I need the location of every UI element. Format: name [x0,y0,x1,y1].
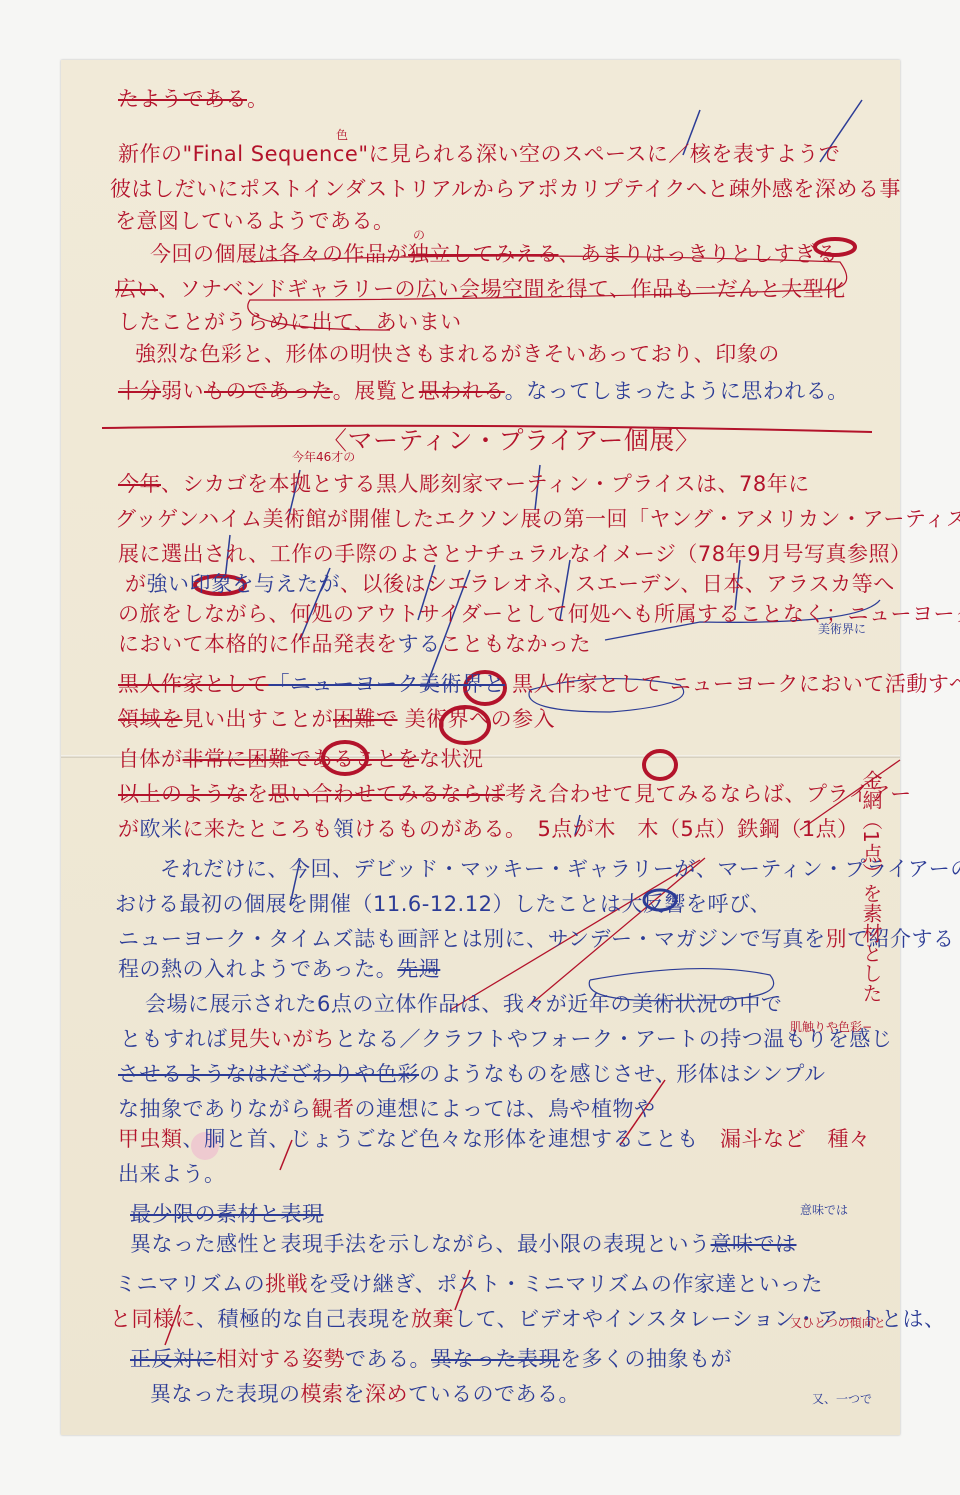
struck-text: 困難で [333,707,398,731]
manuscript-line: 展に選出され、工作の手際のよさとナチュラルなイメージ（78年9月号写真参照） [118,541,911,567]
handwritten-text: 強烈な色彩と、形体の明快さもまれるがきそいあっており、印象の [135,342,780,366]
manuscript-line: を意図しているようである。 [115,208,395,234]
handwritten-text: を [344,1382,366,1406]
handwritten-text: 美術界への参入 [398,707,556,731]
struck-text: 最少限の素材と表現 [130,1202,324,1226]
handwritten-text: 、あまりはっきりとしすぎる [559,242,839,266]
handwritten-text: 深め [365,1382,408,1406]
manuscript-line: 領域を見い出すことが困難で 美術界への参入 [118,706,555,732]
handwritten-text: 領 [333,817,355,841]
inserted-annotation: 又ひとつの傾向と [790,1316,886,1330]
handwritten-text: 考え合わせて見てみるならば、プライアー [505,782,912,806]
section-title: 〈マーティン・プライアー個展〉 [322,428,700,454]
struck-text: 異なった表現 [431,1347,560,1371]
struck-text: 独立してみえる [408,242,559,266]
struck-text: 以上のような [118,782,247,806]
handwritten-text: 展に選出され、工作の手際のよさとナチュラルなイメージ（78年9月号写真参照） [118,542,911,566]
handwritten-text: のようなものを感じさせ、形体はシンプル [419,1062,826,1086]
manuscript-line: 甲虫類、胴と首、じょうごなど色々な形体を連想することも 漏斗など 種々 [118,1126,871,1152]
handwritten-text: 、胴と首、じょうごなど色々な形体を連想することも [183,1127,699,1151]
handwritten-text: 相対する姿勢 [216,1347,345,1371]
handwritten-text: を受け継ぎ、ポスト・ミニマリズムの作家達といった [308,1272,823,1296]
manuscript-line: 正反対に相対する姿勢である。異なった表現を多くの抽象もが [130,1346,732,1372]
manuscript-line: それだけに、今回、デビッド・マッキー・ギャラリーが、マーティン・プライアーのニュ… [160,856,960,882]
handwritten-text: 挑戦 [265,1272,308,1296]
struck-text: 十分 [118,379,161,403]
handwritten-text: ともすれば [120,1027,228,1051]
manuscript-line: 出来よう。 [118,1161,226,1187]
handwritten-text: それだけに、今回、デビッド・マッキー・ギャラリーが、マーティン・プライアーのニュ… [160,857,960,881]
manuscript-line: 広い、ソナベンドギャラリーの広い会場空間を得て、作品も一だんと大型化 [115,276,846,302]
handwritten-text: する [398,632,441,656]
handwritten-text: の連想によっては、鳥や植物や [355,1097,656,1121]
handwritten-text: 、積極的な自己表現を [196,1307,411,1331]
handwritten-text: 模索 [301,1382,344,1406]
manuscript-line: ともすれば見失いがちとなる／クラフトやフォーク・アートの持つ温もりを感じ [120,1026,892,1052]
manuscript-line: 黒人作家として「ニューヨーク美術界と 黒人作家として ニューヨークにおいて活動す… [118,671,960,697]
handwritten-text: と同様に [110,1307,196,1331]
handwritten-text: を意図しているようである。 [115,209,395,233]
handwritten-text: を多くの抽象もが [560,1347,732,1371]
handwritten-text: 異なった表現の [150,1382,301,1406]
handwritten-text: 欧米 [140,817,183,841]
inserted-annotation: 肌触りや色彩− [790,1020,872,1034]
struck-text: 今年 [118,472,161,496]
inserted-annotation: の [413,228,425,242]
handwritten-text: 強い印象を与えたが [147,572,341,596]
handwritten-text: を [247,782,269,806]
handwritten-text: な状況 [419,747,484,771]
handwritten-text: 観者 [312,1097,355,1121]
inserted-annotation: 色 [336,128,348,142]
margin-note: 金網（1点）を素材とした [860,770,882,1003]
manuscript-line: グッゲンハイム美術館が開催したエクソン展の第一回「ヤング・アメリカン・アーティス… [115,506,960,532]
inserted-annotation: 意味では [800,1203,848,1217]
handwritten-text: おける最初の個展を開催（11.6-12.12）したことは大反響を呼び、 [115,892,771,916]
struck-text: 「ニューヨーク美術界と [269,672,506,696]
manuscript-line: ニューヨーク・タイムズ誌も画評とは別に、サンデー・マガジンで写真を別て紹介する [118,926,955,952]
handwritten-text: したことがうらめに出て、あいまい [118,310,462,334]
struck-text: 黒人作家として [118,672,269,696]
manuscript-line: 最少限の素材と表現 [130,1201,324,1227]
handwritten-text: 。 [247,87,269,111]
handwritten-text: 彼はしだいにポストインダストリアルからアポカリプテイクへと疎外感を深める事 [110,177,901,201]
struck-text: 思われる [419,379,505,403]
handwritten-text: けるものがある。 5点が木 木（5点）鉄鋼（1点） [355,817,859,841]
manuscript-line: 以上のようなを思い合わせてみるならば考え合わせて見てみるならば、プライアー [118,781,912,807]
struck-text: 思い合わせてみるならば [269,782,506,806]
handwritten-text: 、ソナベンドギャラリーの広い会場空間を得て、作品も一だんと大型化 [158,277,846,301]
handwritten-text: 程の熱の入れようであった。 [118,957,397,981]
manuscript-line: 強烈な色彩と、形体の明快さもまれるがきそいあっており、印象の [135,341,780,367]
handwritten-text: 甲虫類 [118,1127,183,1151]
handwritten-text: である。 [345,1347,431,1371]
handwritten-text: が [118,817,140,841]
handwritten-text: ニューヨーク・タイムズ誌も画評とは別に、サンデー・マガジンで写真を [118,927,826,951]
manuscript-line: 異なった表現の模索を深めているのである。 [150,1381,580,1407]
struck-text: 広い [115,277,158,301]
manuscript-line: おける最初の個展を開催（11.6-12.12）したことは大反響を呼び、 [115,891,771,917]
handwritten-text: 、以後はシエラレオネ、スエーデン、日本、アラスカ等へ [340,572,895,596]
handwritten-text: ミニマリズムの [115,1272,265,1296]
inserted-annotation: 今年46才の [292,450,355,464]
struck-text: 先週 [397,957,440,981]
manuscript-line: 異なった感性と表現手法を示しながら、最小限の表現という意味では [130,1231,797,1257]
manuscript-line: 会場に展示された6点の立体作品は、我々が近年の美術状況の中で [145,991,782,1017]
handwritten-text: 弱い [161,379,204,403]
manuscript-line: ミニマリズムの挑戦を受け継ぎ、ポスト・ミニマリズムの作家達といった [115,1271,823,1297]
manuscript-line: が強い印象を与えたが、以後はシエラレオネ、スエーデン、日本、アラスカ等へ [125,571,895,597]
inserted-annotation: 又、一つで [812,1392,872,1406]
handwritten-text: 黒人作家として ニューヨークにおいて活動すべき [505,672,960,696]
manuscript-line: 程の熱の入れようであった。先週 [118,956,440,982]
struck-text: 正反対に [130,1347,216,1371]
manuscript-line: させるようなはだざわりや色彩のようなものを感じさせ、形体はシンプル [118,1061,826,1087]
struck-text: 非常に困難 [183,747,291,771]
handwritten-text: ているのである。 [408,1382,580,1406]
handwritten-text: 異なった感性と表現手法を示しながら、最小限の表現という [130,1232,711,1256]
handwritten-text: 自体が [118,747,183,771]
handwritten-text: 見失いがち [228,1027,336,1051]
handwritten-text: グッゲンハイム美術館が開催したエクソン展の第一回「ヤング・アメリカン・アーティス… [115,507,960,531]
handwritten-text: 新作の"Final Sequence"に見られる深い空のスペースに／核を表すよう… [118,142,840,166]
struck-text: 意味では [711,1232,797,1256]
handwritten-text: 会場に展示された6点の立体作品は、我々が近年の美術状況の中で [145,992,782,1016]
handwritten-text: が [125,572,147,596]
handwritten-text: 出来よう。 [118,1162,226,1186]
struck-text: ものであった [204,379,333,403]
handwritten-text: 放棄 [411,1307,454,1331]
manuscript-line: 十分弱いものであった。展覧と思われる。なってしまったように思われる。 [118,378,849,404]
handwritten-text: 見い出すことが [183,707,334,731]
handwritten-text: な抽象でありながら [118,1097,312,1121]
handwritten-text: 〈マーティン・プライアー個展〉 [322,426,700,455]
manuscript-line: したことがうらめに出て、あいまい [118,309,462,335]
manuscript-line: において本格的に作品発表をすることもなかった [118,631,591,657]
handwritten-text: 別 [826,927,848,951]
handwritten-text: において本格的に作品発表を [118,632,398,656]
struck-text: たようである [118,87,247,111]
handwritten-text: 、シカゴを本拠とする黒人彫刻家マーティン・プライスは、78年に [161,472,810,496]
manuscript-line: 今年、シカゴを本拠とする黒人彫刻家マーティン・プライスは、78年に [118,471,810,497]
inserted-annotation: 美術界に [818,622,866,636]
struck-text: であることを [290,747,419,771]
manuscript-line: 新作の"Final Sequence"に見られる深い空のスペースに／核を表すよう… [118,141,840,167]
struck-text: させるようなはだざわりや色彩 [118,1062,419,1086]
manuscript-line: な抽象でありながら観者の連想によっては、鳥や植物や [118,1096,656,1122]
manuscript-line: 今回の個展は各々の作品が独立してみえる、あまりはっきりとしすぎる [150,241,838,267]
handwritten-text: こともなかった [441,632,592,656]
manuscript-line: 自体が非常に困難であることをな状況 [118,746,484,772]
handwritten-text: 。なってしまったように思われる。 [505,379,849,403]
handwritten-text: 漏斗など 種々 [699,1127,871,1151]
handwritten-text: 。展覧と [333,379,419,403]
handwritten-text: 今回の個展は各々の作品が [150,242,408,266]
struck-text: 領域を [118,707,183,731]
manuscript-line: が欧米に来たところも領けるものがある。 5点が木 木（5点）鉄鋼（1点） [118,816,859,842]
manuscript-line: 彼はしだいにポストインダストリアルからアポカリプテイクへと疎外感を深める事 [110,176,901,202]
handwritten-text: に来たところも [183,817,334,841]
manuscript-line: たようである。 [118,86,269,112]
